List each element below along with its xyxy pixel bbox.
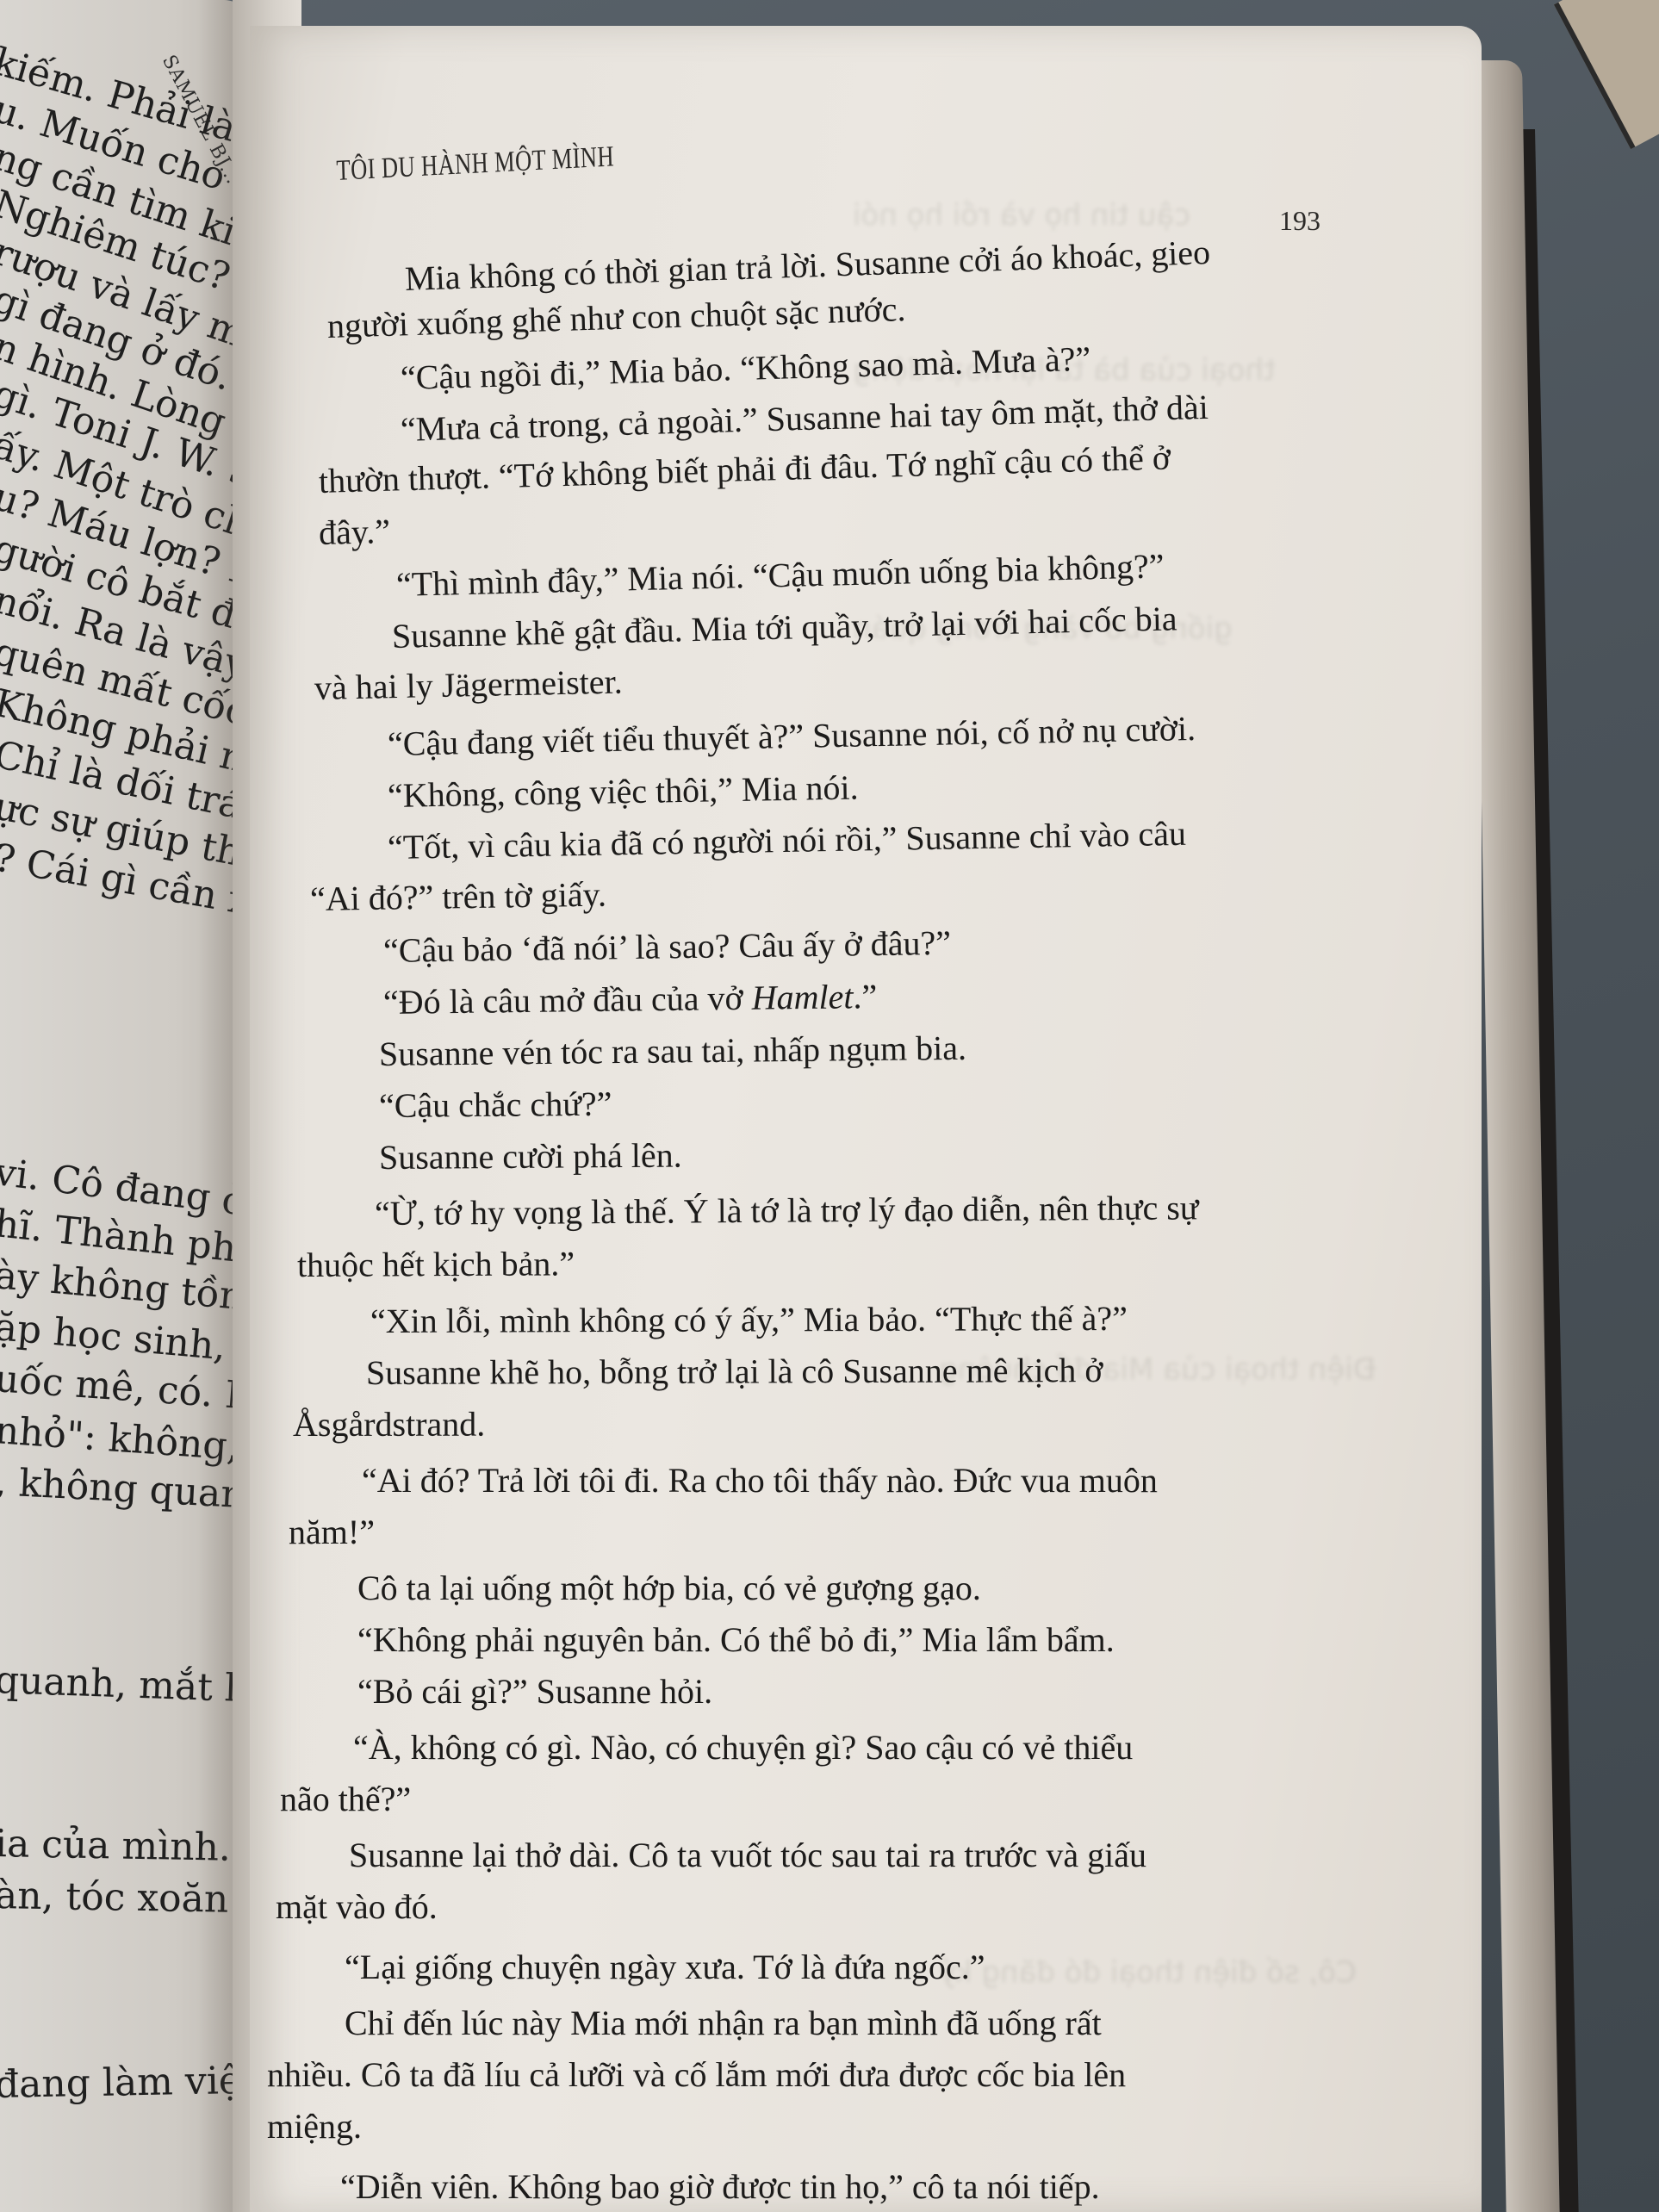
text-line-part: .” xyxy=(853,977,877,1016)
text-line: đây.” xyxy=(318,511,390,553)
text-line: Susanne khẽ ho, bỗng trở lại là cô Susan… xyxy=(366,1350,1103,1393)
text-line: Cô ta lại uống một hớp bia, có vẻ gượng … xyxy=(357,1568,981,1608)
text-line: miệng. xyxy=(267,2106,362,2147)
text-line: “Tốt, vì câu kia đã có người nói rồi,” S… xyxy=(388,813,1187,867)
left-page: SAMUEL BJ... kiếm. Phải làm việc, P... u… xyxy=(0,0,250,2212)
text-line: “Không phải nguyên bản. Có thể bỏ đi,” M… xyxy=(357,1619,1115,1660)
text-line-part: “Đó là câu mở đầu của vở xyxy=(383,979,752,1022)
text-line: “Ai đó?” trên tờ giấy. xyxy=(310,874,607,919)
text-line: Susanne khẽ gật đầu. Mia tới quầy, trở l… xyxy=(391,598,1177,656)
text-line: “Cậu đang viết tiểu thuyết à?” Susanne n… xyxy=(388,708,1196,764)
text-line: “Thì mình đây,” Mia nói. “Cậu muốn uống … xyxy=(395,545,1165,605)
text-line: Chỉ đến lúc này Mia mới nhận ra bạn mình… xyxy=(345,2003,1102,2043)
play-title-italic: Hamlet xyxy=(751,977,853,1016)
text-line: thuộc hết kịch bản.” xyxy=(297,1243,575,1285)
text-line: “Ừ, tớ hy vọng là thế. Ý là tớ là trợ lý… xyxy=(375,1187,1199,1233)
text-line: nhiều. Cô ta đã líu cả lưỡi và cố lắm mớ… xyxy=(267,2054,1126,2095)
text-line: “Diễn viên. Không bao giờ được tin họ,” … xyxy=(340,2166,1100,2207)
text-line: “Xin lỗi, mình không có ý ấy,” Mia bảo. … xyxy=(370,1298,1128,1341)
text-line: Åsgårdstrand. xyxy=(293,1404,485,1445)
text-line: Susanne vén tóc ra sau tai, nhấp ngụm bi… xyxy=(379,1028,967,1074)
text-line: Susanne cười phá lên. xyxy=(379,1135,682,1177)
text-line: “Đó là câu mở đầu của vở Hamlet.” xyxy=(383,976,878,1022)
text-line: và hai ly Jägermeister. xyxy=(314,662,624,708)
text-line: năm!” xyxy=(289,1512,375,1552)
text-line: mặt vào đó. xyxy=(276,1886,438,1927)
text-line: “Cậu chắc chứ?” xyxy=(379,1084,612,1126)
text-line: “À, không có gì. Nào, có chuyện gì? Sao … xyxy=(353,1727,1133,1768)
text-line: “Không, công việc thôi,” Mia nói. xyxy=(388,767,859,816)
right-page: cậu tin họ và rồi họ nói thoại của bà ta… xyxy=(250,26,1482,2212)
text-line: “Ai đó? Trả lời tôi đi. Ra cho tôi thấy … xyxy=(362,1460,1158,1501)
text-line: Mia không có thời gian trả lời. Susanne … xyxy=(404,232,1211,299)
text-line: não thế?” xyxy=(280,1779,411,1819)
body-text: Mia không có thời gian trả lời. Susanne … xyxy=(250,26,1482,2212)
text-line: Susanne lại thở dài. Cô ta vuốt tóc sau … xyxy=(349,1835,1146,1875)
text-line: “Cậu ngồi đi,” Mia bảo. “Không sao mà. M… xyxy=(400,339,1090,398)
text-line: “Lại giống chuyện ngày xưa. Tớ là đứa ng… xyxy=(345,1947,985,1987)
text-line: “Cậu bảo ‘đã nói’ là sao? Câu ấy ở đâu?” xyxy=(383,923,952,971)
text-line: “Bỏ cái gì?” Susanne hỏi. xyxy=(357,1671,712,1712)
